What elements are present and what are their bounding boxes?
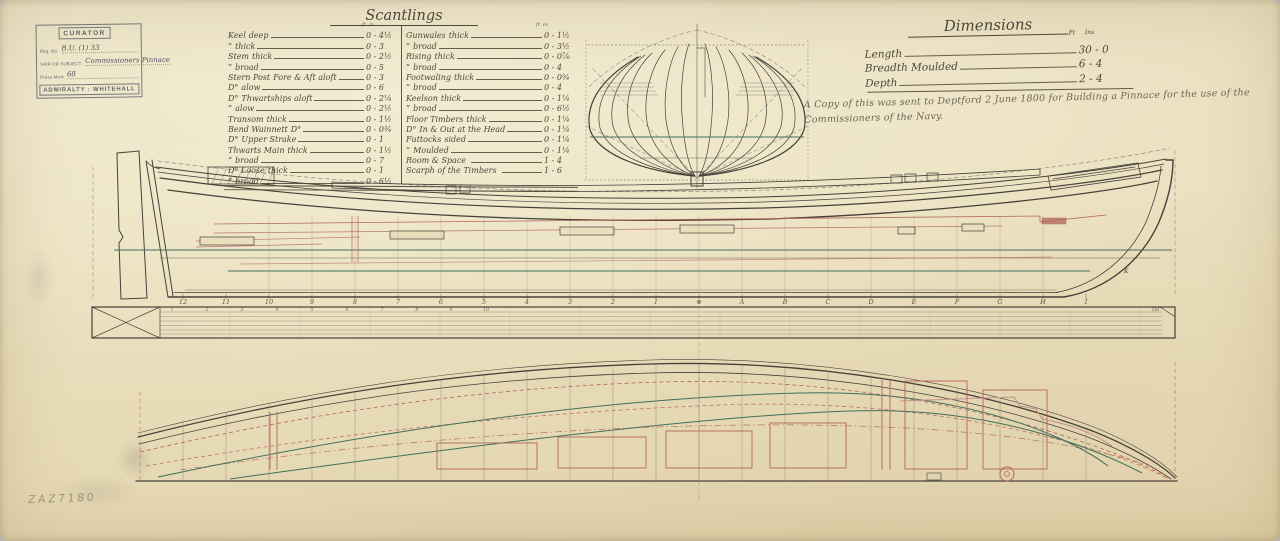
scantling-item: Scarph of the Timbers	[406, 166, 497, 175]
station-label: 4	[525, 298, 529, 306]
scantling-row: Room & Space1 - 4	[406, 155, 574, 165]
scantling-value: 0 - 0¾	[544, 73, 574, 82]
station-label: A	[740, 298, 745, 306]
scantling-row: ”broad0 - 6½	[406, 103, 574, 113]
station-label: G	[997, 298, 1002, 306]
scantling-item: ”	[406, 104, 410, 113]
scantling-item: ”	[406, 63, 410, 72]
scantling-value: 0 - 0¾	[366, 125, 396, 134]
catalog-number: ZAZ7180	[28, 491, 97, 506]
scantling-row: Bend WainnettD°0 - 0¾	[228, 124, 396, 134]
dimension-label: Depth	[865, 77, 898, 90]
leader-line	[274, 58, 364, 59]
station-label: E	[912, 298, 917, 306]
leader-line	[261, 162, 364, 163]
dimension-label: Breadth Moulded	[865, 61, 958, 75]
leader-line	[468, 141, 542, 142]
scantling-part: thick	[252, 52, 272, 61]
scantling-part: Upper Strake	[241, 135, 296, 144]
scantling-item: ”	[228, 104, 232, 113]
leader-line	[489, 121, 542, 122]
leader-line	[451, 152, 542, 153]
station-label: 10	[265, 298, 273, 306]
leader-line	[256, 110, 364, 111]
scantling-item: Room & Space	[406, 156, 466, 165]
station-label: 8	[353, 298, 357, 306]
leader-line	[261, 69, 364, 70]
scantling-value: 0 - 4	[544, 63, 574, 72]
scantling-item: ”	[228, 156, 232, 165]
body-plan	[585, 24, 810, 188]
keel-number: 6	[345, 307, 348, 313]
curator-stamp-title: CURATOR	[59, 27, 111, 40]
scantling-part: thick	[454, 73, 474, 82]
scantling-value: 0 - 1	[366, 135, 396, 144]
keel-number: 2	[205, 307, 208, 313]
scantling-value: 0 - 6½	[544, 104, 574, 113]
scantling-item: Rising	[406, 52, 432, 61]
scantling-row: D°Thwartships aloft0 - 2¼	[228, 92, 396, 102]
scantling-value: 0 - 0⅞	[544, 52, 574, 61]
scantling-part: broad	[413, 42, 437, 51]
station-lines	[183, 365, 1086, 481]
leader-line	[257, 48, 364, 49]
leader-line	[439, 110, 542, 111]
scantling-item: Stern Post	[228, 73, 270, 82]
scantling-row: ”alow0 - 2½	[228, 103, 396, 113]
leader-line	[471, 162, 542, 163]
scantling-value: 0 - 1	[366, 166, 396, 175]
leader-line	[471, 37, 542, 38]
leader-line	[339, 79, 364, 80]
leader-line	[457, 58, 542, 59]
scantling-value: 0 - 1¼	[544, 94, 574, 103]
station-label: 7	[396, 298, 400, 306]
scantling-part: thick	[466, 115, 486, 124]
press-mark-label: Press Mark	[40, 74, 64, 79]
scantling-value: 0 - 2½	[366, 52, 396, 61]
scantling-row: Keelsonthick0 - 1¼	[406, 92, 574, 102]
scantling-part: broad	[235, 63, 259, 72]
scantling-row: Scarph of the Timbers1 - 6	[406, 165, 574, 175]
scantling-part: broad	[413, 83, 437, 92]
subject-value: Commissioners Pinnace	[85, 56, 170, 66]
scantling-item: ”	[406, 83, 410, 92]
station-label: H	[1040, 298, 1046, 306]
leader-line	[439, 69, 542, 70]
scantling-part: thick	[435, 52, 455, 61]
keel-number: 1	[170, 307, 173, 313]
scantling-part: thick	[287, 146, 307, 155]
scantling-value: 1 - 6	[544, 166, 574, 175]
station-label: I	[1085, 298, 1088, 306]
stamp-row-press-mark: Press Mark 68	[37, 65, 141, 79]
scantling-item: D°	[228, 135, 238, 144]
keel-number: 10	[483, 307, 489, 313]
dimension-value: 6 - 4	[1079, 57, 1125, 70]
scantling-part: thick	[449, 31, 469, 40]
scantling-value: 0 - 1¼	[544, 135, 574, 144]
scantlings-units-left: ft in	[362, 22, 374, 28]
keel-number: 7	[380, 307, 383, 313]
leader-line	[262, 89, 364, 90]
station-label: 11	[222, 298, 230, 306]
scantling-part: alow	[235, 104, 254, 113]
scantling-value: 0 - 1½	[366, 146, 396, 155]
keel-end-label: Dd	[1152, 307, 1159, 313]
station-label: 1	[654, 298, 658, 306]
reg-no-label: Reg. No.	[40, 48, 59, 53]
scantling-value: 0 - 1½	[544, 31, 574, 40]
ship-plan-sheet: CURATOR Reg. No. B.U. (1) 33 SHIP OR SUB…	[0, 0, 1280, 541]
scantling-row: Transomthick0 - 1½	[228, 113, 396, 123]
scantling-row: Keeldeep0 - 4½	[228, 30, 396, 40]
scantling-value: 0 - 2¼	[366, 94, 396, 103]
scantling-row: Thwarts Mainthick0 - 1½	[228, 144, 396, 154]
scantling-item: ”	[228, 63, 232, 72]
station-label: 12	[179, 298, 187, 306]
keel-number: 8	[415, 307, 418, 313]
leader-line	[463, 100, 542, 101]
scantling-item: D°	[228, 83, 238, 92]
scantling-part: thick	[441, 94, 461, 103]
column-divider	[401, 26, 402, 184]
scantling-row: Futtockssided0 - 1¼	[406, 134, 574, 144]
scantling-row: ”broad0 - 4	[406, 82, 574, 92]
scantling-value: 0 - 6½	[366, 177, 396, 186]
admiralty-footer: ADMIRALTY : WHITEHALL	[39, 83, 139, 95]
leader-line	[900, 81, 1078, 86]
leader-line	[960, 66, 1077, 69]
leader-line	[271, 37, 364, 38]
leader-line	[502, 172, 542, 173]
scantling-part: In & Out at the Head	[419, 125, 505, 134]
leader-line	[439, 48, 542, 49]
stamp-row-reg-no: Reg. No. B.U. (1) 33	[37, 39, 141, 53]
dimension-value: 30 - 0	[1078, 43, 1124, 56]
scantlings-right-column: Gunwalesthick0 - 1½”broad0 - 3½Risingthi…	[406, 30, 574, 175]
station-label: C	[826, 298, 831, 306]
scantling-value: 0 - 7	[366, 156, 396, 165]
scantling-row: ”Moulded0 - 1¼	[406, 144, 574, 154]
sternpost	[146, 160, 173, 297]
keel-number: 5	[310, 307, 313, 313]
scantling-row: ”broad0 - 4	[406, 61, 574, 71]
scantling-value: 0 - 5	[366, 63, 396, 72]
scantling-row: Floor Timbersthick0 - 1¼	[406, 113, 574, 123]
station-labels: 121110987654321⊕ABCDEFGHI	[0, 298, 1280, 307]
scantling-row: ”broad0 - 5	[228, 61, 396, 71]
scantling-value: 0 - 3½	[544, 42, 574, 51]
scantling-part: D°	[291, 125, 301, 134]
scantling-item: Futtocks	[406, 135, 441, 144]
scantling-item: Stem	[228, 52, 249, 61]
scantling-row: ”broad0 - 7	[228, 155, 396, 165]
scantling-row: ”broad0 - 3½	[406, 40, 574, 50]
stamp-row-subject: SHIP OR SUBJECT: Commissioners Pinnace	[37, 52, 141, 66]
scantling-value: 0 - 1¼	[544, 125, 574, 134]
dimensions-rows: Length30 - 0Breadth Moulded6 - 4Depth2 -…	[864, 40, 1125, 89]
scantling-row: Risingthick0 - 0⅞	[406, 51, 574, 61]
scantling-part: sided	[444, 135, 466, 144]
station-label: 2	[611, 298, 615, 306]
leader-line	[439, 89, 542, 90]
scantling-row: Stern PostFore & Aft aloft0 - 3	[228, 72, 396, 82]
station-label: D	[868, 298, 873, 306]
subject-label: SHIP OR SUBJECT:	[40, 61, 82, 67]
scantling-row: Gunwalesthick0 - 1½	[406, 30, 574, 40]
scantling-part: alow	[241, 83, 260, 92]
scantling-part: broad	[413, 104, 437, 113]
leader-line	[261, 183, 364, 184]
frame-lines	[269, 216, 1043, 292]
scantling-value: 1 - 4	[544, 156, 574, 165]
scantling-item: Gunwales	[406, 31, 446, 40]
dimensions-block: Dimensions Ft Ins Length30 - 0Breadth Mo…	[864, 13, 1124, 38]
scantling-part: thick	[235, 42, 255, 51]
scantling-row: D°In & Out at the Head0 - 1¼	[406, 124, 574, 134]
scantling-row: D°Upper Strake0 - 1	[228, 134, 396, 144]
scantling-item: ”	[406, 146, 410, 155]
station-label: 6	[439, 298, 443, 306]
dimensions-title: Dimensions	[908, 14, 1068, 37]
scantling-item: Keel	[228, 31, 246, 40]
rudder	[117, 151, 147, 299]
scantling-row: ”thick0 - 3	[228, 40, 396, 50]
scantling-item: Thwarts Main	[228, 146, 284, 155]
leader-line	[290, 172, 364, 173]
scantling-part: thick	[267, 115, 287, 124]
dimension-label: Length	[864, 47, 902, 60]
keel-plan-numbers: 12345678910	[0, 307, 1280, 314]
station-label: F	[955, 298, 960, 306]
scantling-part: broad	[235, 156, 259, 165]
scantlings-units-right: ft in	[536, 22, 548, 28]
diagonal-line	[158, 393, 1108, 477]
curator-stamp: CURATOR Reg. No. B.U. (1) 33 SHIP OR SUB…	[35, 23, 142, 98]
leader-line	[298, 141, 364, 142]
keel-number: 4	[275, 307, 278, 313]
scantling-item: D° Loose	[228, 166, 265, 175]
station-label: ⊕	[696, 298, 701, 306]
scantlings-left-column: Keeldeep0 - 4½”thick0 - 3Stemthick0 - 2½…	[228, 30, 396, 186]
keel-number: 9	[449, 307, 452, 313]
dimension-value: 2 - 4	[1079, 72, 1125, 85]
scantling-row: Stemthick0 - 2½	[228, 51, 396, 61]
station-label: 9	[310, 298, 314, 306]
leader-line	[507, 131, 542, 132]
scantling-value: 0 - 4½	[366, 31, 396, 40]
scantling-item: Transom	[228, 115, 264, 124]
scantling-row: Footwalingthick0 - 0¾	[406, 72, 574, 82]
station-label: B	[783, 298, 788, 306]
scantling-value: 0 - 3	[366, 73, 396, 82]
leader-line	[289, 121, 364, 122]
red-thwart-mark	[1042, 218, 1066, 224]
scantling-part: broad	[413, 63, 437, 72]
scantling-row: D° Loosethick0 - 1	[228, 165, 396, 175]
leader-line	[303, 131, 364, 132]
scantling-item: D°	[228, 94, 238, 103]
leader-line	[476, 79, 542, 80]
scantling-item: Bend Wainnett	[228, 125, 288, 134]
leader-line	[310, 152, 364, 153]
scantling-row: D°alow0 - 6	[228, 82, 396, 92]
keel-number: 3	[240, 307, 243, 313]
scantling-item: ”	[228, 42, 232, 51]
scantling-part: Moulded	[413, 146, 449, 155]
scantling-value: 0 - 1½	[366, 115, 396, 124]
scantling-item: Floor Timbers	[406, 115, 463, 124]
scantling-value: 0 - 4	[544, 83, 574, 92]
scantling-value: 0 - 1¼	[544, 146, 574, 155]
scantlings-table: Scantlings ft in ft in Keeldeep0 - 4½”th…	[228, 8, 572, 192]
scantling-part: deep	[249, 31, 269, 40]
scantlings-title: Scantlings	[330, 8, 478, 26]
scantling-value: 0 - 3	[366, 42, 396, 51]
press-mark-value: 68	[67, 69, 138, 79]
leader-line	[314, 100, 364, 101]
table-bottom-rule	[224, 185, 578, 192]
scantling-value: 0 - 1¼	[544, 115, 574, 124]
scantling-part: Fore & Aft aloft	[273, 73, 336, 82]
reg-no-value: B.U. (1) 33	[61, 43, 138, 53]
scantling-part: thick	[268, 166, 288, 175]
station-label: 5	[482, 298, 486, 306]
scantling-item: ”	[406, 42, 410, 51]
station-label-k: K	[1124, 268, 1128, 275]
scantling-value: 0 - 2½	[366, 104, 396, 113]
scantling-item: Footwaling	[406, 73, 451, 82]
scantling-value: 0 - 6	[366, 83, 396, 92]
scantling-part: Thwartships aloft	[241, 94, 312, 103]
scantling-item: D°	[406, 125, 416, 134]
scantling-item: Keelson	[406, 94, 438, 103]
station-label: 3	[568, 298, 572, 306]
dimensions-units: Ft Ins	[1069, 29, 1095, 37]
